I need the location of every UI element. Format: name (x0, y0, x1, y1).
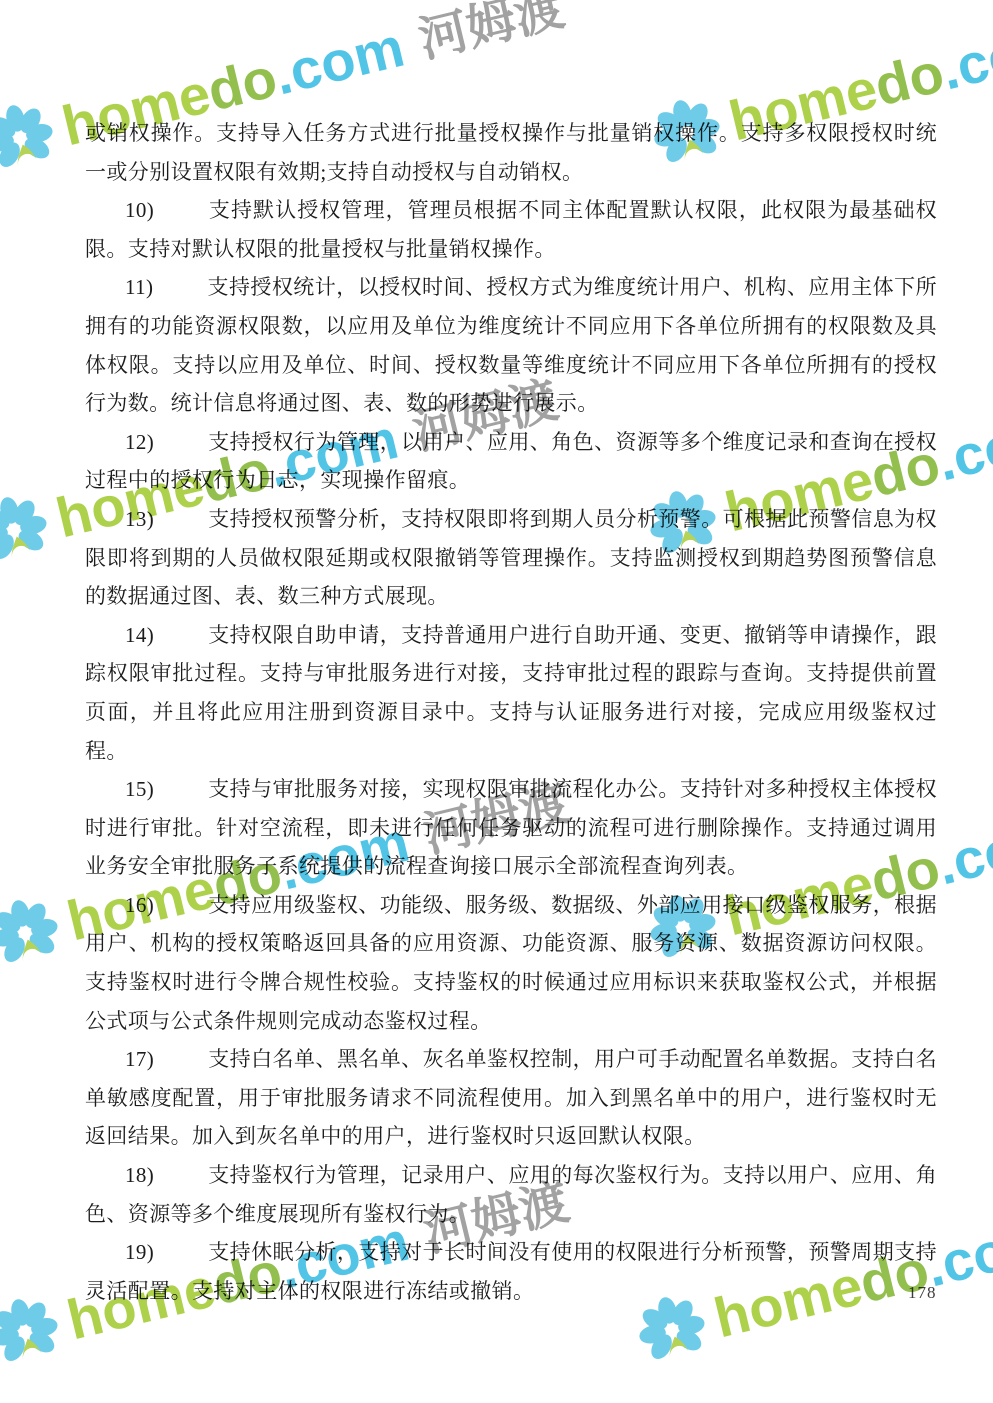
document-page: 或销权操作。支持导入任务方式进行批量授权操作与批量销权操作。支持多权限授权时统一… (0, 0, 993, 1403)
numbered-paragraph: 11)支持授权统计，以授权时间、授权方式为维度统计用户、机构、应用主体下所拥有的… (85, 268, 937, 422)
item-number: 17) (125, 1047, 154, 1071)
watermark-brand-com: .com (932, 809, 993, 894)
watermark-brand-com: .com (936, 14, 993, 99)
numbered-paragraph: 13)支持授权预警分析，支持权限即将到期人员分析预警。可根据此预警信息为权限即将… (85, 500, 937, 616)
homedo-flower-logo-icon (0, 888, 70, 977)
watermark-brand-cjk: 河姆渡 (414, 0, 568, 66)
item-number: 11) (125, 275, 153, 299)
item-number: 18) (125, 1163, 154, 1187)
homedo-flower-logo-icon (0, 93, 65, 182)
numbered-paragraph: 18)支持鉴权行为管理，记录用户、应用的每次鉴权行为。支持以用户、应用、角色、资… (85, 1156, 937, 1233)
item-number: 15) (125, 777, 154, 801)
watermark-brand-do: do (869, 44, 949, 114)
watermark-brand-do: do (202, 49, 282, 119)
numbered-paragraph: 15)支持与审批服务对接，实现权限审批流程化办公。支持针对多种授权主体授权时进行… (85, 770, 937, 886)
watermark-brand-com: .com (269, 19, 409, 104)
item-number: 12) (125, 430, 154, 454)
homedo-flower-logo-icon (0, 1287, 70, 1376)
numbered-paragraph: 12)支持授权行为管理，以用户、应用、角色、资源等多个维度记录和查询在授权过程中… (85, 423, 937, 500)
page-number: 178 (908, 1283, 937, 1303)
item-number: 19) (125, 1240, 154, 1264)
item-number: 16) (125, 893, 154, 917)
document-content: 或销权操作。支持导入任务方式进行批量授权操作与批量销权操作。支持多权限授权时统一… (85, 114, 937, 1310)
numbered-paragraph: 16)支持应用级鉴权、功能级、服务级、数据级、外部应用接口级鉴权服务，根据用户、… (85, 886, 937, 1040)
numbered-paragraph: 19)支持休眠分析，支持对于长时间没有使用的权限进行分析预警，预警周期支持灵活配… (85, 1233, 937, 1310)
item-number: 13) (125, 507, 154, 531)
paragraph: 或销权操作。支持导入任务方式进行批量授权操作与批量销权操作。支持多权限授权时统一… (85, 114, 937, 191)
numbered-paragraph: 10)支持默认授权管理，管理员根据不同主体配置默认权限，此权限为最基础权限。支持… (85, 191, 937, 268)
homedo-flower-logo-icon (0, 485, 59, 574)
item-number: 14) (125, 623, 154, 647)
numbered-paragraph: 14)支持权限自助申请，支持普通用户进行自助开通、变更、撤销等申请操作，跟踪权限… (85, 616, 937, 770)
item-number: 10) (125, 198, 154, 222)
numbered-paragraph: 17)支持白名单、黑名单、灰名单鉴权控制，用户可手动配置名单数据。支持白名单敏感… (85, 1040, 937, 1156)
watermark-brand-com: .com (932, 405, 993, 490)
